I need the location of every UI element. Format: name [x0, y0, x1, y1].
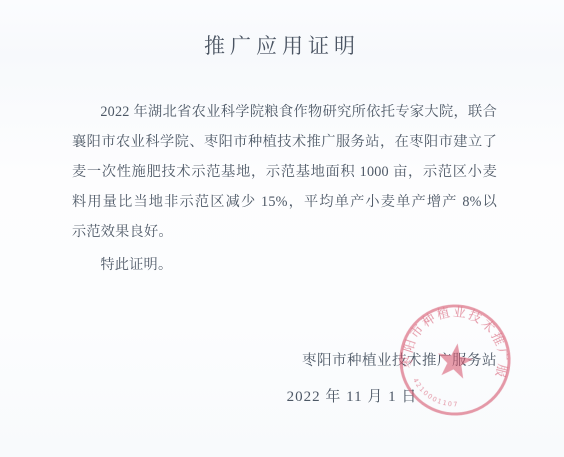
- body-line: 襄阳市农业科学院、枣阳市种植技术推广服务站，在枣阳市建立了小: [72, 127, 497, 157]
- certificate-body: 2022 年湖北省农业科学院粮食作物研究所依托专家大院，联合 襄阳市农业科学院、…: [72, 97, 497, 280]
- signature-line: 枣阳市种植业技术推广服务站: [237, 350, 497, 372]
- certificate-title: 推广应用证明: [0, 30, 564, 60]
- certificate-page: 推广应用证明 2022 年湖北省农业科学院粮食作物研究所依托专家大院，联合 襄阳…: [0, 0, 564, 457]
- date-line: 2022 年 11 月 1 日: [237, 386, 497, 408]
- body-line: 示范效果良好。: [72, 217, 497, 247]
- body-line: 2022 年湖北省农业科学院粮食作物研究所依托专家大院，联合: [72, 97, 497, 127]
- closing-line: 特此证明。: [72, 250, 497, 280]
- body-line: 麦一次性施肥技术示范基地，示范基地面积 1000 亩，示范区小麦肥: [72, 157, 497, 187]
- signature-block: 枣阳市种植业技术推广服务站 2022 年 11 月 1 日: [237, 350, 497, 408]
- body-line: 料用量比当地非示范区减少 15%，平均单产小麦单产增产 8%以上，: [72, 187, 497, 217]
